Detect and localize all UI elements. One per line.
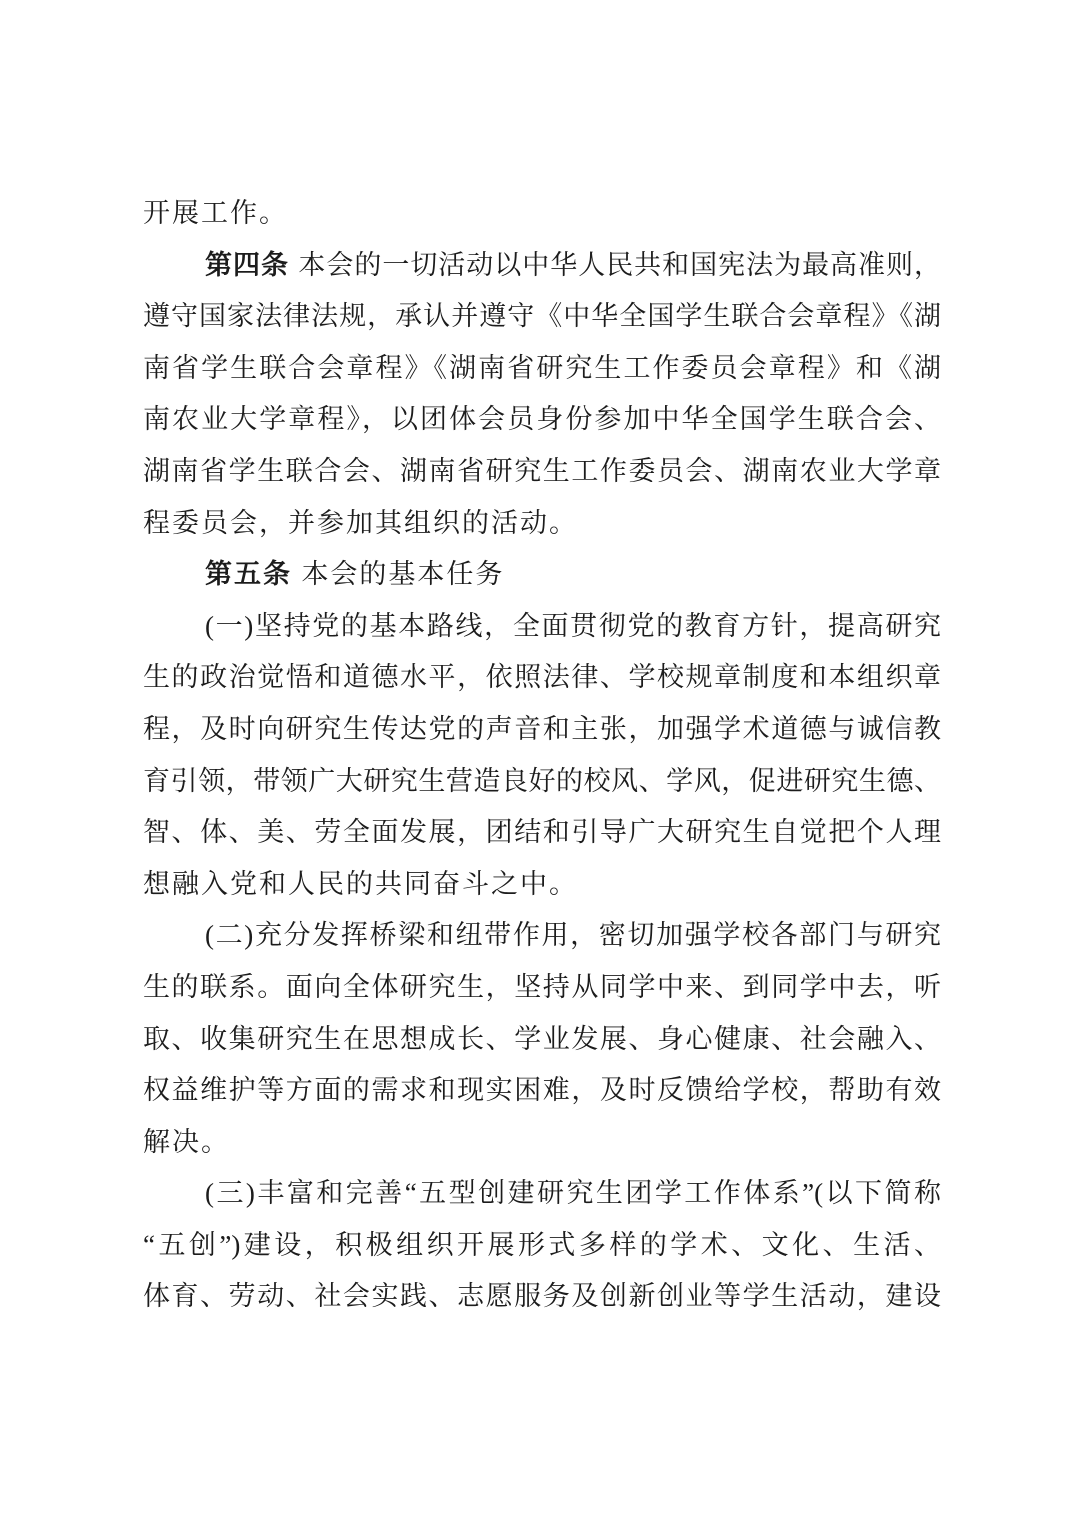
article-number: 第四条 [205,250,289,280]
line-text: 体育、劳动、社会实践、志愿服务及创新创业等学生活动，建设 [143,1281,941,1311]
line-text: 解决。 [143,1127,230,1157]
line-text: 生的联系。面向全体研究生，坚持从同学中来、到同学中去，听 [143,972,941,1002]
line-text: 程，及时向研究生传达党的声音和主张，加强学术道德与诚信教 [143,714,941,744]
line-text: (一)坚持党的基本路线，全面贯彻党的教育方针，提高研究 [205,611,941,641]
text-line: 程，及时向研究生传达党的声音和主张，加强学术道德与诚信教 [143,704,941,756]
text-line: (三)丰富和完善“五型创建研究生团学工作体系”(以下简称 [143,1168,941,1220]
document-page: 开展工作。第四条本会的一切活动以中华人民共和国宪法为最高准则，遵守国家法律法规，… [0,0,1074,1520]
text-line: 智、体、美、劳全面发展，团结和引导广大研究生自觉把个人理 [143,807,941,859]
text-line: 取、收集研究生在思想成长、学业发展、身心健康、社会融入、 [143,1014,941,1066]
line-text: 湖南省学生联合会、湖南省研究生工作委员会、湖南农业大学章 [143,456,941,486]
line-text: 育引领，带领广大研究生营造良好的校风、学风，促进研究生德、 [143,766,941,796]
line-text: 南省学生联合会章程》《湖南省研究生工作委员会章程》和《湖 [143,353,941,383]
text-line: 生的政治觉悟和道德水平，依照法律、学校规章制度和本组织章 [143,652,941,704]
text-line: 权益维护等方面的需求和现实困难，及时反馈给学校，帮助有效 [143,1065,941,1117]
line-text: 权益维护等方面的需求和现实困难，及时反馈给学校，帮助有效 [143,1075,941,1105]
text-line: (一)坚持党的基本路线，全面贯彻党的教育方针，提高研究 [143,601,941,653]
text-line: 第四条本会的一切活动以中华人民共和国宪法为最高准则， [143,240,941,292]
text-line: 南农业大学章程》，以团体会员身份参加中华全国学生联合会、 [143,394,941,446]
line-text: (二)充分发挥桥梁和纽带作用，密切加强学校各部门与研究 [205,920,941,950]
text-line: 湖南省学生联合会、湖南省研究生工作委员会、湖南农业大学章 [143,446,941,498]
text-line: 遵守国家法律法规，承认并遵守《中华全国学生联合会章程》《湖 [143,291,941,343]
line-text: 程委员会，并参加其组织的活动。 [143,508,578,538]
line-text: 本会的一切活动以中华人民共和国宪法为最高准则， [298,250,941,280]
line-text: 想融入党和人民的共同奋斗之中。 [143,869,578,899]
article-number: 第五条 [205,559,292,589]
text-line: “五创”)建设，积极组织开展形式多样的学术、文化、生活、 [143,1220,941,1272]
line-text: 开展工作。 [143,198,288,228]
text-line: 解决。 [143,1117,941,1169]
text-line: 第五条本会的基本任务 [143,549,941,601]
text-line: 程委员会，并参加其组织的活动。 [143,498,941,550]
line-text: 取、收集研究生在思想成长、学业发展、身心健康、社会融入、 [143,1024,941,1054]
text-line: (二)充分发挥桥梁和纽带作用，密切加强学校各部门与研究 [143,910,941,962]
line-text: 生的政治觉悟和道德水平，依照法律、学校规章制度和本组织章 [143,662,941,692]
line-text: 智、体、美、劳全面发展，团结和引导广大研究生自觉把个人理 [143,817,941,847]
text-column: 开展工作。第四条本会的一切活动以中华人民共和国宪法为最高准则，遵守国家法律法规，… [143,188,941,1323]
line-text: 本会的基本任务 [301,559,504,589]
line-text: “五创”)建设，积极组织开展形式多样的学术、文化、生活、 [143,1230,941,1260]
text-line: 开展工作。 [143,188,941,240]
text-line: 体育、劳动、社会实践、志愿服务及创新创业等学生活动，建设 [143,1271,941,1323]
text-line: 育引领，带领广大研究生营造良好的校风、学风，促进研究生德、 [143,756,941,808]
text-line: 南省学生联合会章程》《湖南省研究生工作委员会章程》和《湖 [143,343,941,395]
line-text: 遵守国家法律法规，承认并遵守《中华全国学生联合会章程》《湖 [143,301,941,331]
text-line: 想融入党和人民的共同奋斗之中。 [143,859,941,911]
line-text: 南农业大学章程》，以团体会员身份参加中华全国学生联合会、 [143,404,941,434]
text-line: 生的联系。面向全体研究生，坚持从同学中来、到同学中去，听 [143,962,941,1014]
line-text: (三)丰富和完善“五型创建研究生团学工作体系”(以下简称 [205,1178,941,1208]
